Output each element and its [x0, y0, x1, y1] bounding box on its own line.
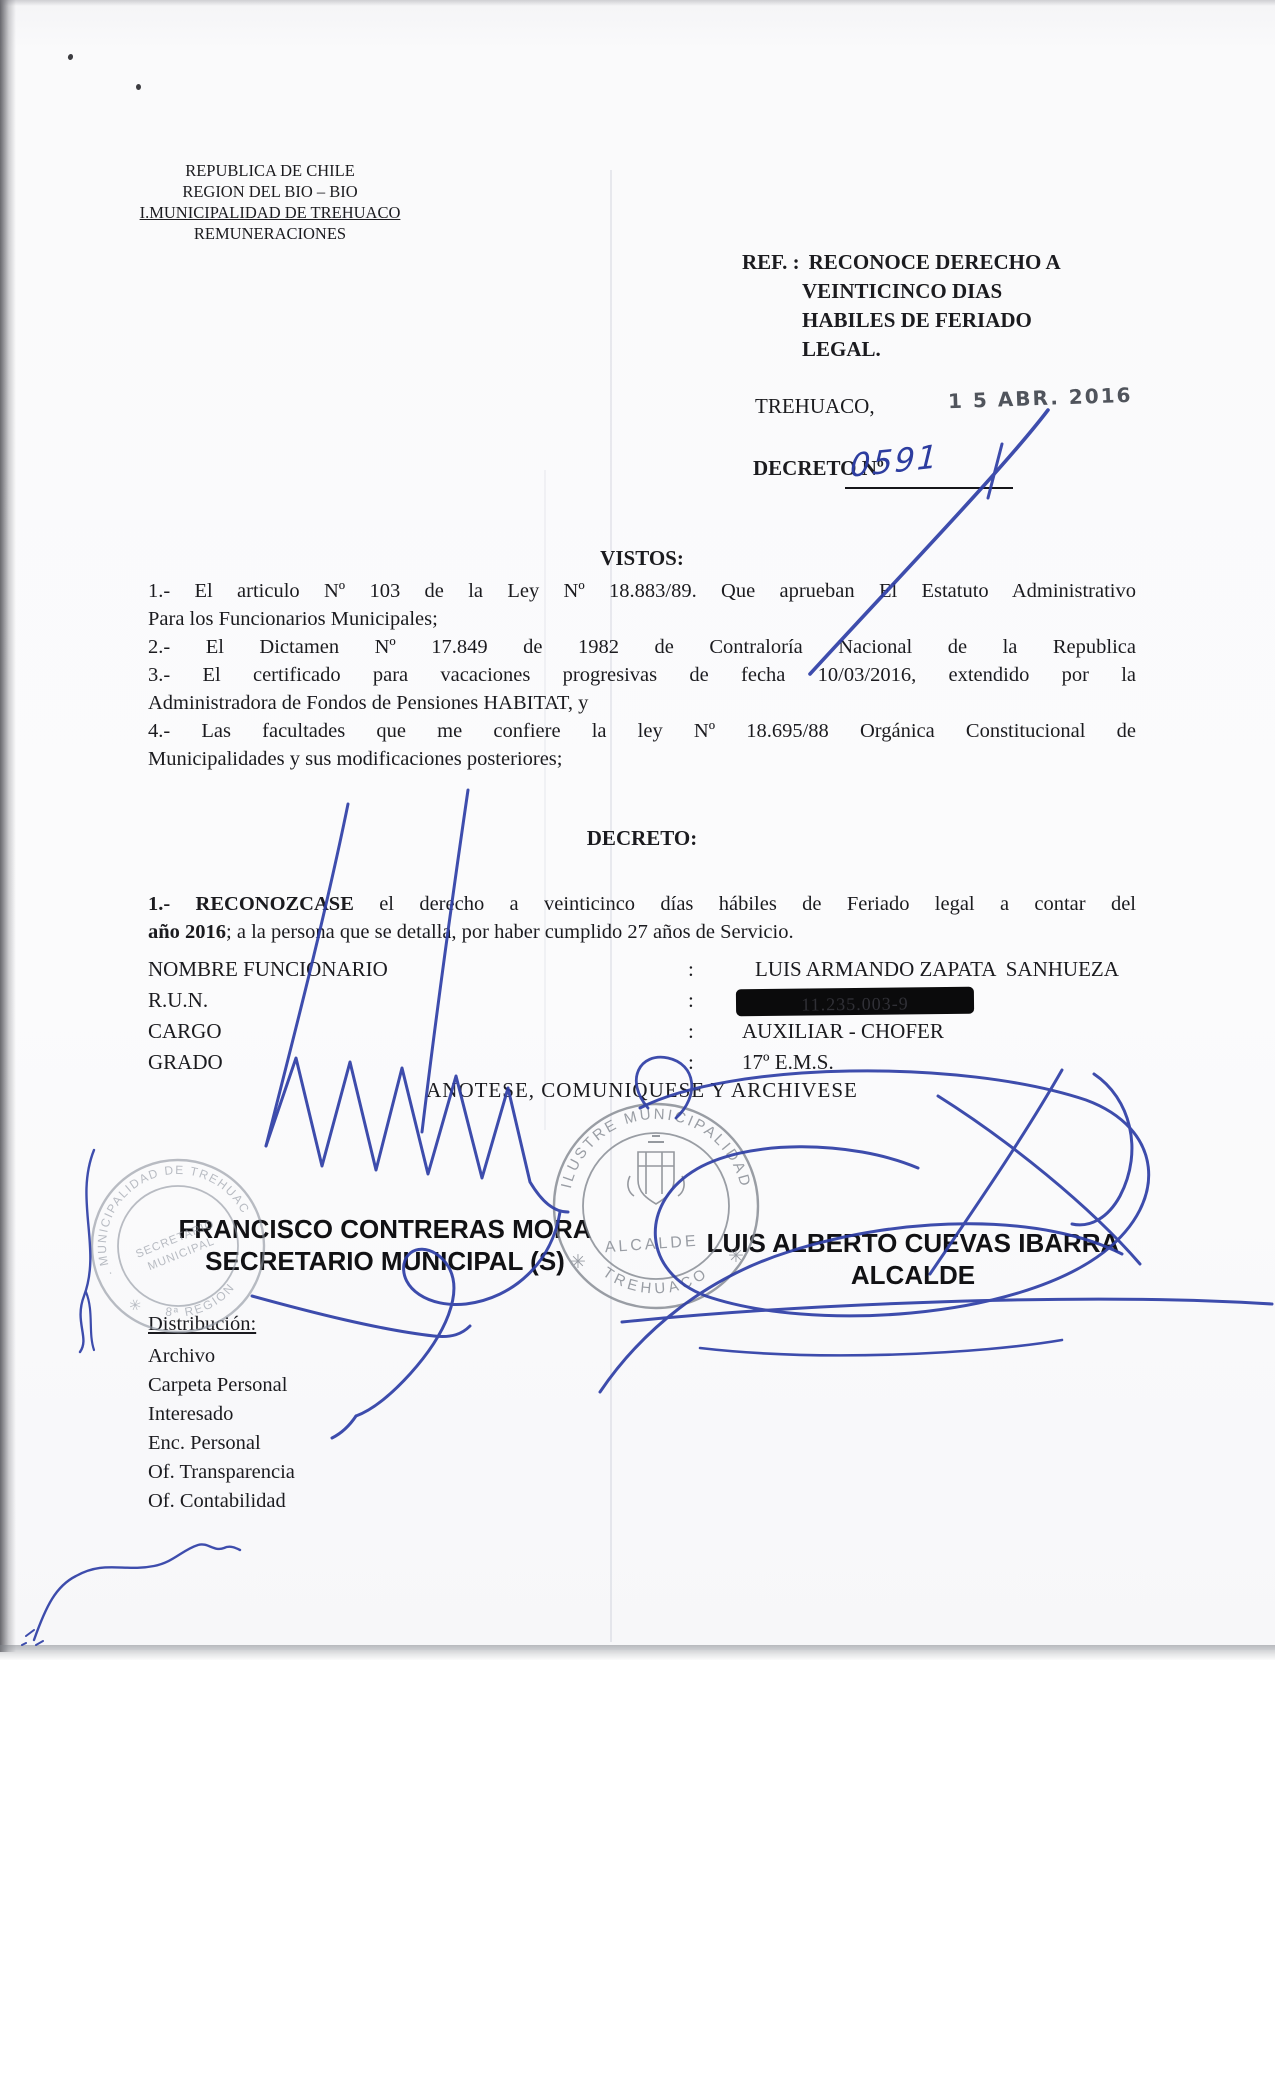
vistos-line: 3.- El certificado para vacaciones progr…: [148, 661, 1136, 689]
reference-block: REF. :RECONOCE DERECHO A VEINTICINCO DIA…: [742, 248, 1132, 364]
vistos-line: 2.- El Dictamen Nº 17.849 de 1982 de Con…: [148, 633, 1136, 661]
employee-row-nombre: NOMBRE FUNCIONARIO : LUIS ARMANDO ZAPATA…: [148, 954, 1148, 985]
vistos-line: 1.- El articulo Nº 103 de la Ley Nº 18.8…: [148, 577, 1136, 605]
secretary-name: FRANCISCO CONTRERAS MORA: [160, 1214, 610, 1245]
distribution-item: Enc. Personal: [148, 1432, 261, 1455]
reference-text: RECONOCE DERECHO A: [809, 250, 1061, 274]
row-label: CARGO: [148, 1019, 222, 1043]
run-value-redacted: 11.235.003-9: [801, 993, 909, 1014]
distribution-item: Archivo: [148, 1345, 215, 1368]
vistos-line: Administradora de Fondos de Pensiones HA…: [148, 689, 1136, 717]
letterhead-municipality: I.MUNICIPALIDAD DE TREHUACO: [118, 202, 422, 223]
vistos-line: Para los Funcionarios Municipales;: [148, 605, 1136, 633]
vistos-line: Municipalidades y sus modificaciones pos…: [148, 745, 1136, 773]
row-label: GRADO: [148, 1050, 223, 1074]
reference-line: REF. :RECONOCE DERECHO A: [742, 248, 1132, 277]
vistos-line: 4.- Las facultades que me confiere la le…: [148, 717, 1136, 745]
distribution-item: Of. Contabilidad: [148, 1490, 286, 1513]
employee-row-grado: GRADO : 17º E.M.S.: [148, 1047, 1148, 1078]
employee-name-value: LUIS ARMANDO ZAPATA SANHUEZA: [755, 954, 1119, 985]
decreto-text: ; a la persona que se detalla, por haber…: [226, 921, 794, 943]
decreto-line: año 2016; a la persona que se detalla, p…: [148, 918, 1136, 946]
scanned-decree-page: REPUBLICA DE CHILE REGION DEL BIO – BIO …: [0, 0, 1275, 2100]
letterhead: REPUBLICA DE CHILE REGION DEL BIO – BIO …: [118, 160, 422, 244]
decreto-paragraph: 1.- RECONOZCASE el derecho a veinticinco…: [148, 890, 1136, 946]
distribution-item: Interesado: [148, 1403, 233, 1426]
scanner-edge-shadow-top: [0, 0, 1275, 6]
secretary-title: SECRETARIO MUNICIPAL (S): [160, 1246, 610, 1277]
decreto-bold-text: año 2016: [148, 921, 226, 943]
scanner-edge-shadow-left: [0, 0, 16, 1652]
employee-row-cargo: CARGO : AUXILIAR - CHOFER: [148, 1016, 1148, 1047]
grado-value: 17º E.M.S.: [742, 1047, 834, 1078]
page-bottom-edge-shadow: [0, 1645, 1275, 1661]
reference-line: LEGAL.: [802, 335, 1132, 364]
decreto-bold-text: 1.- RECONOZCASE: [148, 893, 354, 915]
mayor-title: ALCALDE: [688, 1260, 1138, 1291]
decree-number-line: [845, 487, 1013, 489]
run-redaction-bar: 11.235.003-9: [736, 987, 974, 1016]
vistos-paragraphs: 1.- El articulo Nº 103 de la Ley Nº 18.8…: [148, 577, 1136, 773]
scanner-background: [0, 1660, 1275, 2100]
letterhead-department: REMUNERACIONES: [118, 223, 422, 244]
decreto-heading: DECRETO:: [148, 826, 1136, 851]
row-separator: :: [688, 1016, 694, 1047]
distribution-heading: Distribución:: [148, 1313, 256, 1336]
staple-mark: [136, 84, 141, 90]
cargo-value: AUXILIAR - CHOFER: [742, 1016, 944, 1047]
employee-row-run: R.U.N. : 11.235.003-9: [148, 985, 1148, 1016]
reference-label: REF. :: [742, 250, 800, 274]
row-separator: :: [688, 1047, 694, 1078]
vistos-heading: VISTOS:: [148, 546, 1136, 571]
decreto-text: el derecho a veinticinco días hábiles de…: [354, 893, 1136, 915]
employee-details: NOMBRE FUNCIONARIO : LUIS ARMANDO ZAPATA…: [148, 954, 1148, 1084]
row-separator: :: [688, 954, 694, 985]
city-dateline: TREHUACO,: [755, 394, 875, 419]
reference-line: VEINTICINCO DIAS: [802, 277, 1132, 306]
row-label: NOMBRE FUNCIONARIO: [148, 957, 388, 981]
reference-line: HABILES DE FERIADO: [802, 306, 1132, 335]
row-label: R.U.N.: [148, 988, 208, 1012]
distribution-item: Of. Transparencia: [148, 1461, 295, 1484]
mayor-name: LUIS ALBERTO CUEVAS IBARRA: [688, 1228, 1138, 1259]
distribution-item: Carpeta Personal: [148, 1374, 287, 1397]
closing-formula: ANOTESE, COMUNIQUESE Y ARCHIVESE: [148, 1078, 1136, 1103]
decreto-line: 1.- RECONOZCASE el derecho a veinticinco…: [148, 890, 1136, 918]
letterhead-country: REPUBLICA DE CHILE: [118, 160, 422, 181]
row-separator: :: [688, 985, 694, 1016]
letterhead-region: REGION DEL BIO – BIO: [118, 181, 422, 202]
